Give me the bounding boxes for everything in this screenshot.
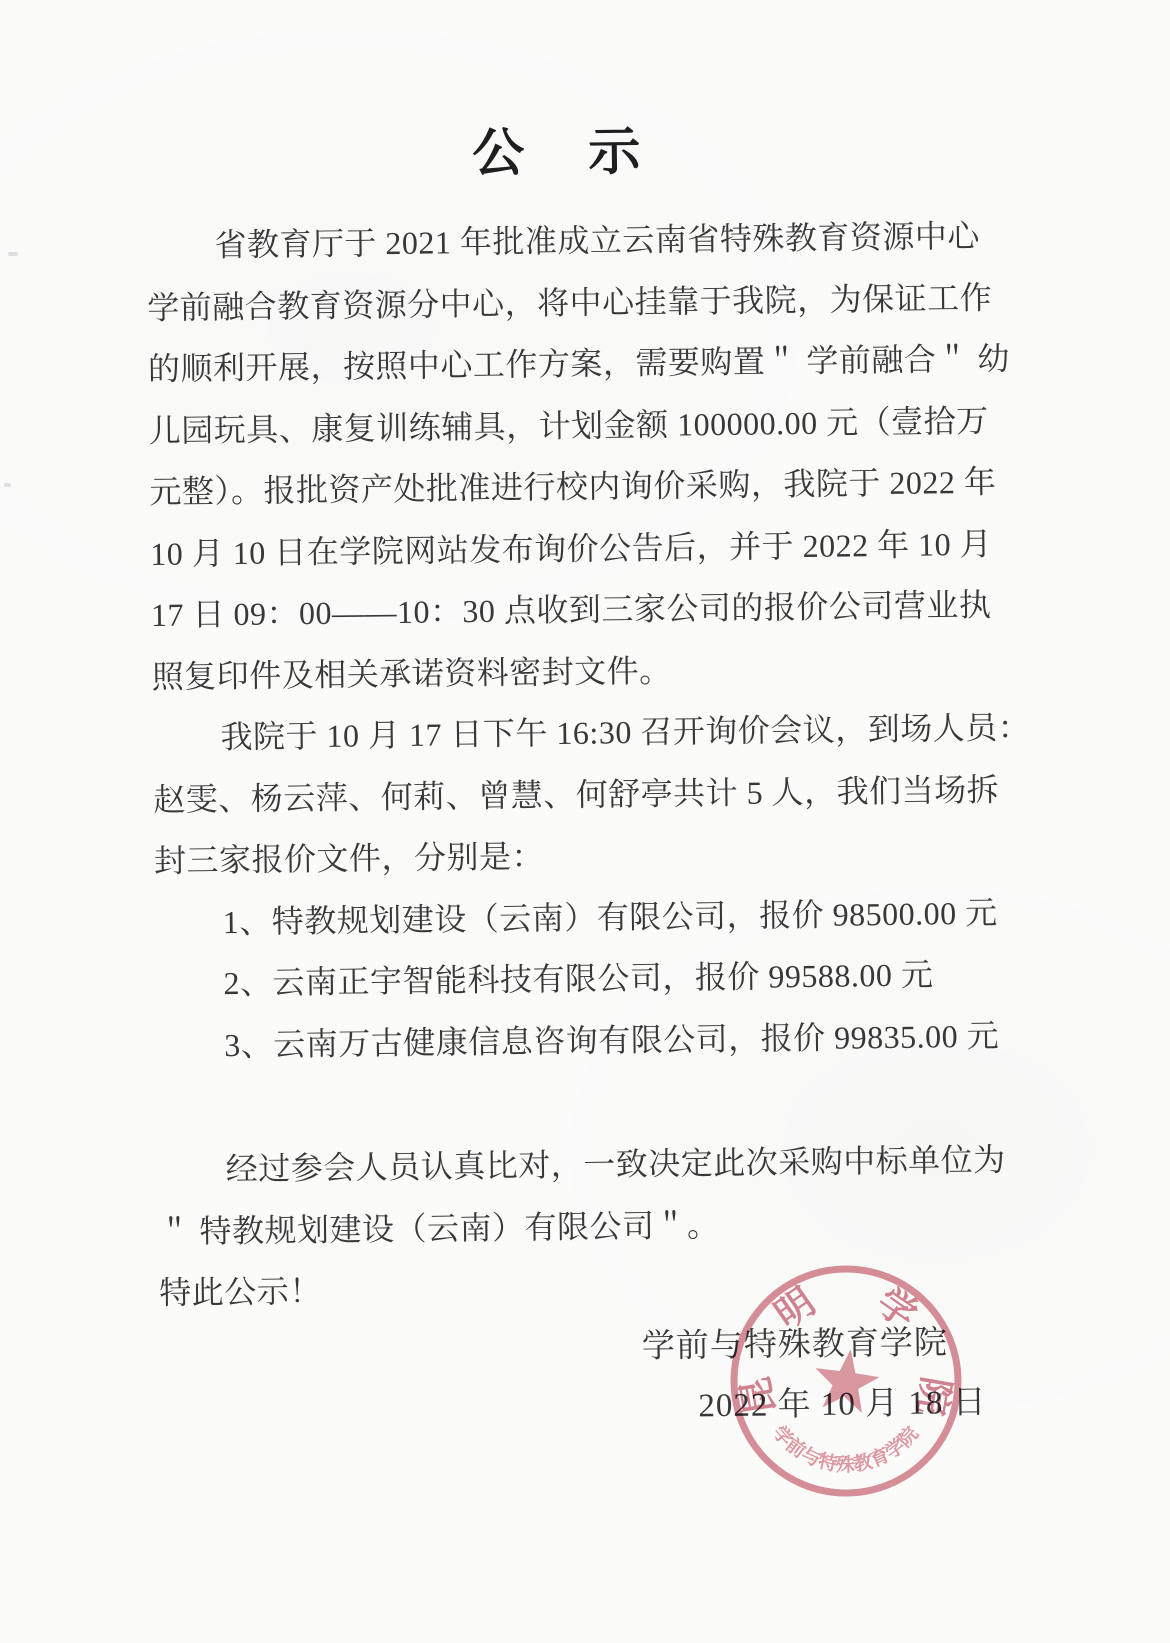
stamp-top-char: 昆 bbox=[735, 1374, 783, 1419]
scan-speck bbox=[8, 252, 18, 256]
body-line: 赵雯、杨云萍、何莉、曾慧、何舒亭共计 5 人，我们当场拆 bbox=[153, 759, 982, 831]
body-line: 封三家报价文件，分别是： bbox=[154, 821, 983, 893]
body-line: 我院于 10 月 17 日下午 16:30 召开询价会议，到场人员： bbox=[152, 698, 981, 770]
bid-item-line: 3、云南万古健康信息咨询有限公司，报价 99835.00 元 bbox=[156, 1005, 985, 1077]
body-line: 的顺利开展，按照中心工作方案，需要购置＂ 学前融合＂ 幼 bbox=[148, 329, 977, 401]
scan-speck bbox=[4, 483, 11, 487]
bid-item-line: 1、特教规划建设（云南）有限公司，报价 98500.00 元 bbox=[154, 882, 983, 954]
bid-item-line: 2、云南正宇智能科技有限公司，报价 99588.00 元 bbox=[155, 944, 984, 1016]
official-stamp: 昆 明 学 院 学前与特殊教育学院 bbox=[726, 1261, 966, 1501]
body-line: 儿园玩具、康复训练辅具，计划金额 100000.00 元（壹拾万 bbox=[148, 390, 977, 462]
body-line: 元整）。报批资产处批准进行校内询价采购，我院于 2022 年 bbox=[149, 452, 978, 524]
stamp-top-char: 院 bbox=[909, 1374, 957, 1419]
body-line: 17 日 09：00——10：30 点收到三家公司的报价公司营业执 bbox=[151, 575, 980, 647]
scanned-notice-page: 公 示 省教育厅于 2021 年批准成立云南省特殊教育资源中心 学前融合教育资源… bbox=[0, 0, 1170, 1643]
document-sheet: 公 示 省教育厅于 2021 年批准成立云南省特殊教育资源中心 学前融合教育资源… bbox=[145, 118, 989, 1445]
body-line: ＂ 特教规划建设（云南）有限公司＂。 bbox=[158, 1191, 987, 1263]
body-line: 照复印件及相关承诺资料密封文件。 bbox=[151, 636, 980, 708]
notice-title: 公 示 bbox=[145, 118, 974, 190]
body-line: 10 月 10 日在学院网站发布询价公告后，并于 2022 年 10 月 bbox=[150, 513, 979, 585]
body-line: 经过参会人员认真比对，一致决定此次采购中标单位为 bbox=[157, 1130, 986, 1202]
paragraph-gap bbox=[157, 1067, 986, 1140]
stamp-bottom-label: 学前与特殊教育学院 bbox=[768, 1421, 923, 1476]
stamp-star-icon bbox=[810, 1345, 883, 1415]
body-line: 省教育厅于 2021 年批准成立云南省特殊教育资源中心 bbox=[146, 206, 975, 278]
notice-body: 省教育厅于 2021 年批准成立云南省特殊教育资源中心 学前融合教育资源分中心，… bbox=[146, 206, 987, 1325]
body-line: 学前融合教育资源分中心，将中心挂靠于我院，为保证工作 bbox=[147, 267, 976, 339]
